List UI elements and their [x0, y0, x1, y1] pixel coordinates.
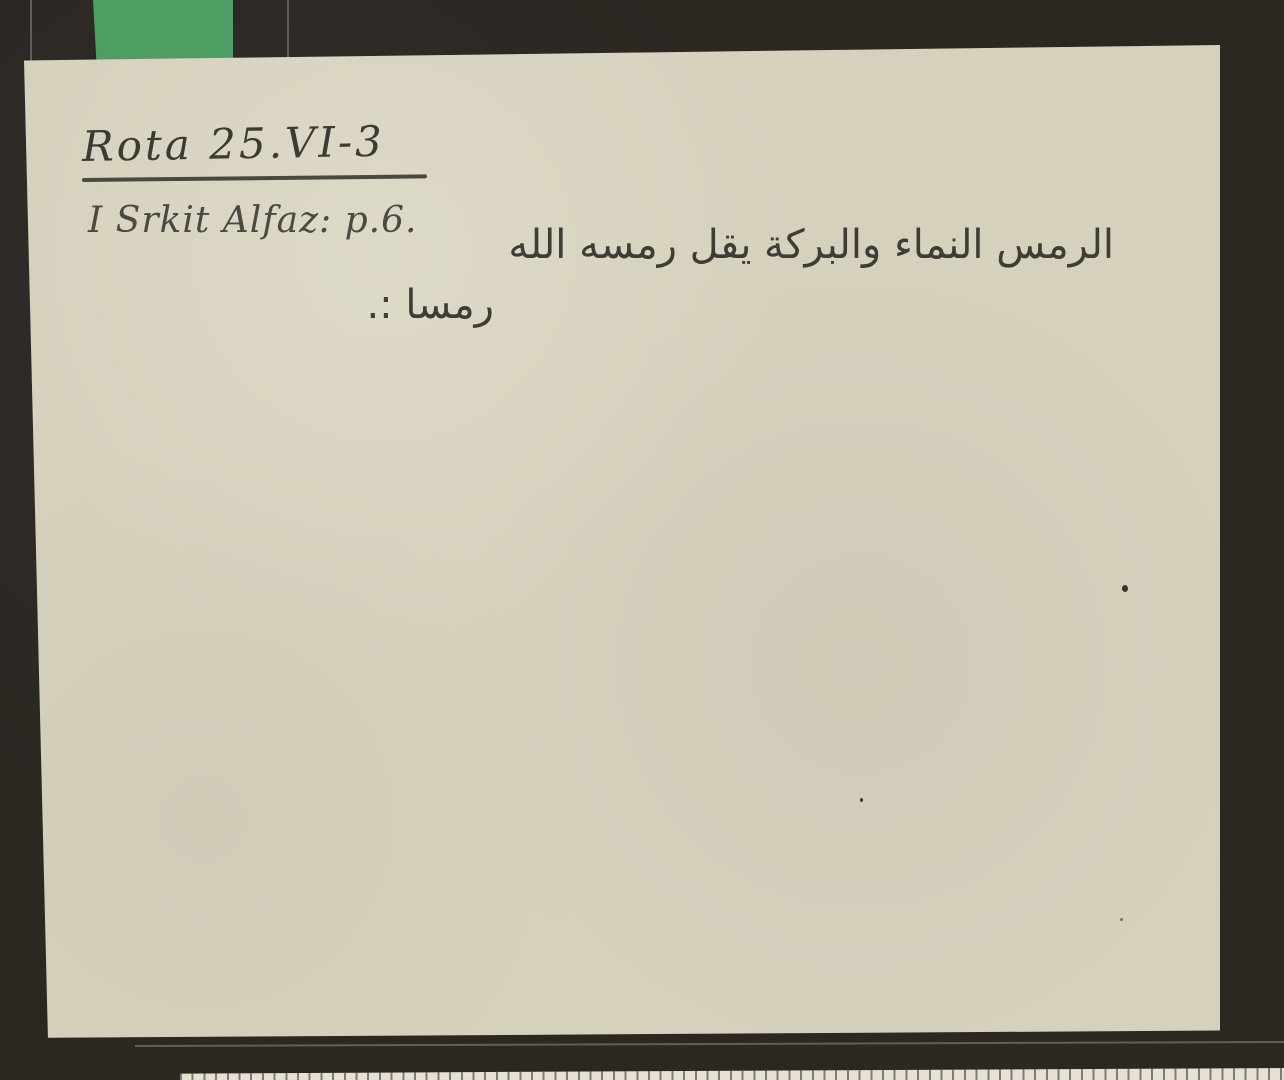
header-underline	[82, 174, 427, 182]
handwritten-note: Rota 25.VI-3 I Srkit Alfaz: p.6. الرمس ا…	[0, 0, 1284, 1080]
source-reference-handwriting: I Srkit Alfaz: p.6.	[88, 200, 417, 241]
arabic-text-line-2: رمسا :.	[366, 282, 494, 328]
card-header-handwriting: Rota 25.VI-3	[82, 117, 386, 171]
arabic-text-line-1: الرمس النماء والبركة يقل رمسه الله	[508, 222, 1114, 268]
